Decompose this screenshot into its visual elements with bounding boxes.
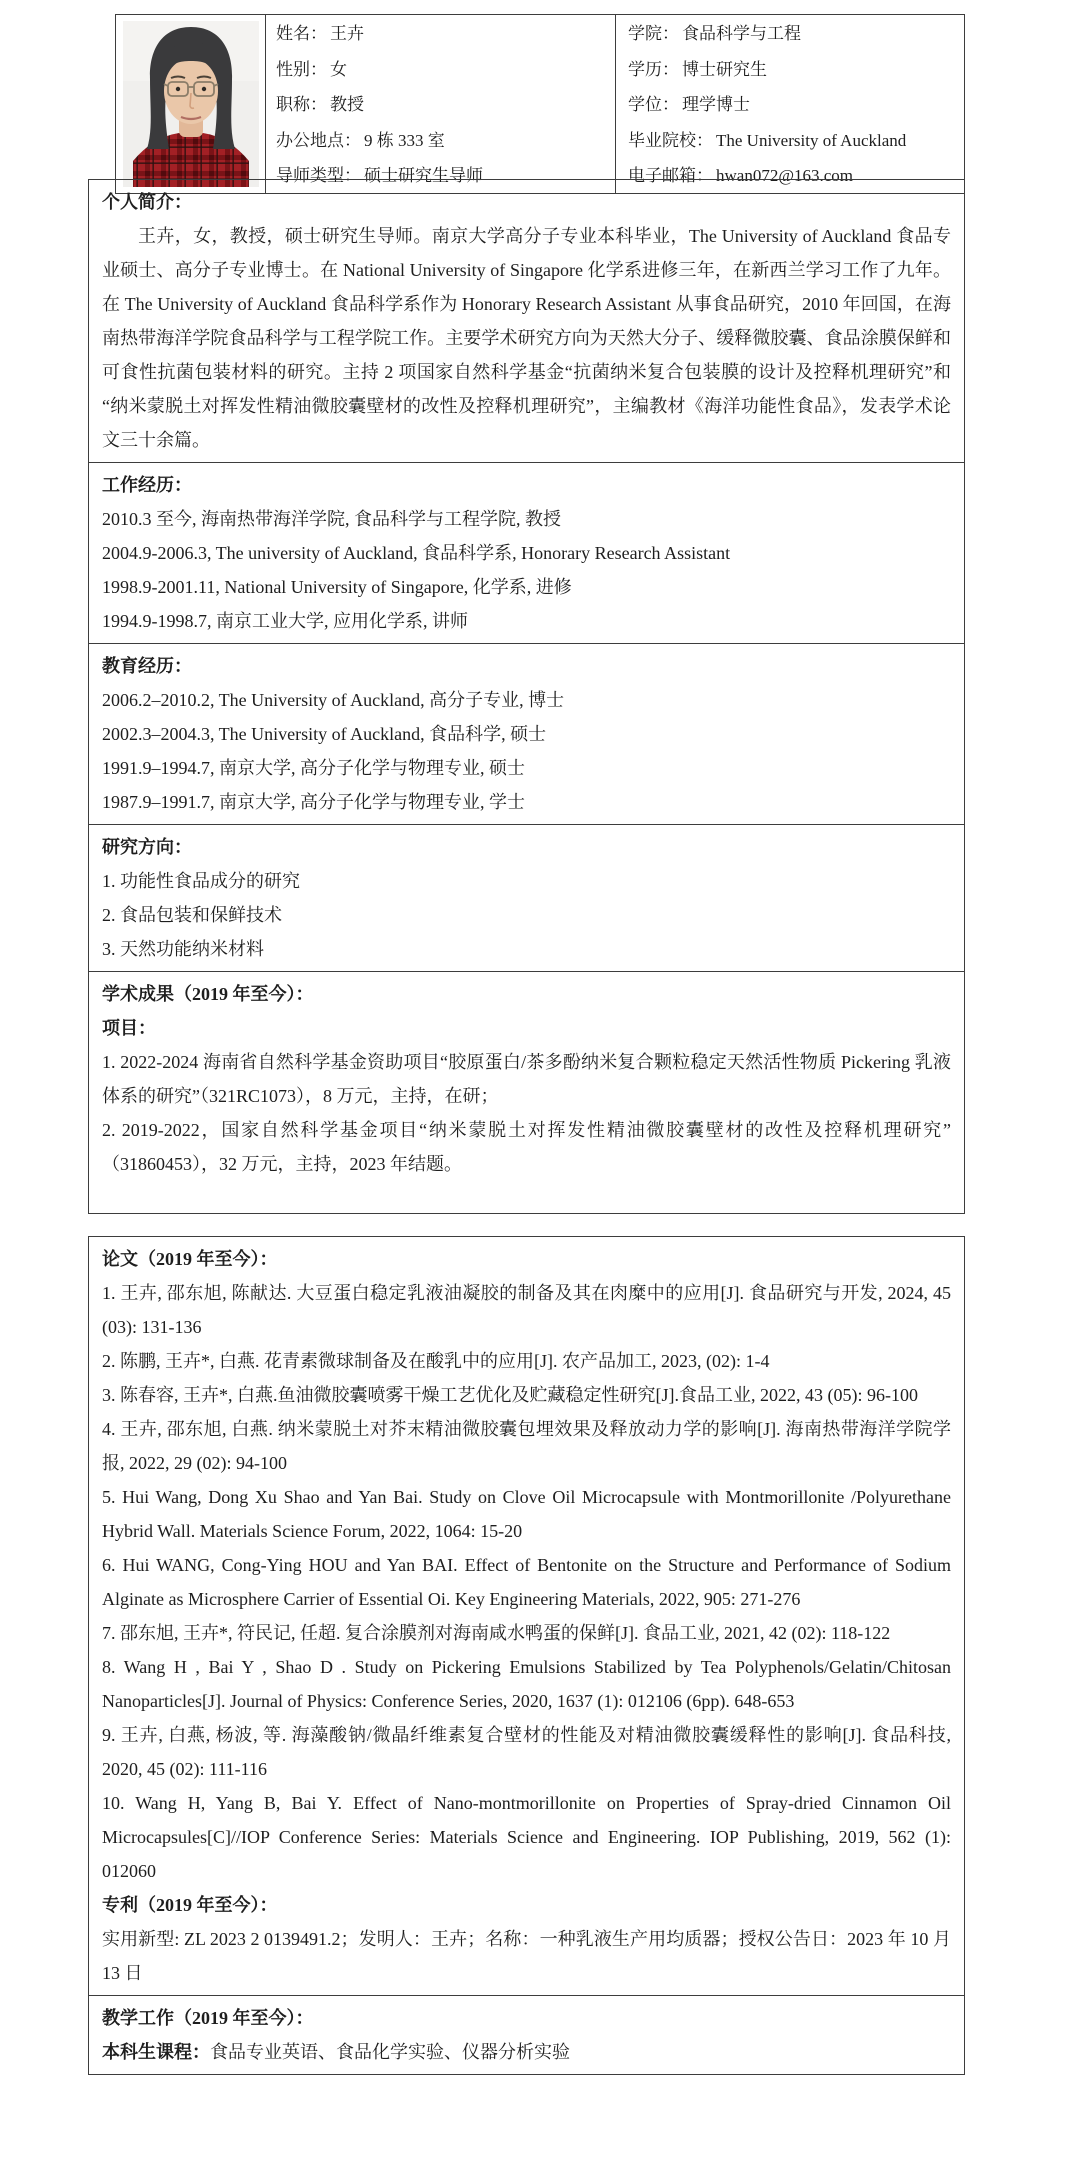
paper-item: 3. 陈春容, 王卉*, 白燕.鱼油微胶囊喷雾干燥工艺优化及贮藏稳定性研究[J]… <box>102 1378 951 1412</box>
teaching-course-line: 本科生课程：食品专业英语、食品化学实验、仪器分析实验 <box>102 2035 951 2069</box>
achievements-heading: 学术成果（2019 年至今）： <box>102 977 951 1011</box>
work-heading: 工作经历： <box>102 468 951 502</box>
course-label: 本科生课程： <box>102 2042 210 2062</box>
field-education-level-value: 博士研究生 <box>682 60 767 79</box>
field-gender-value: 女 <box>330 60 347 79</box>
section-research-directions: 研究方向： 1. 功能性食品成分的研究 2. 食品包装和保鲜技术 3. 天然功能… <box>89 824 964 971</box>
field-name-label: 姓名： <box>276 24 327 43</box>
field-alma-mater-value: The University of Auckland <box>716 131 906 150</box>
paper-item: 6. Hui WANG, Cong-Ying HOU and Yan BAI. … <box>102 1548 951 1616</box>
education-item: 1987.9–1991.7, 南京大学, 高分子化学与物理专业, 学士 <box>102 785 951 819</box>
page-break-gap <box>0 1214 1080 1236</box>
field-title-label: 职称： <box>276 95 327 114</box>
paper-item: 7. 邵东旭, 王卉*, 符民记, 任超. 复合涂膜剂对海南咸水鸭蛋的保鲜[J]… <box>102 1616 951 1650</box>
section-achievements: 学术成果（2019 年至今）： 项目： 1. 2022-2024 海南省自然科学… <box>89 971 964 1213</box>
work-item: 1998.9-2001.11, National University of S… <box>102 570 951 604</box>
education-item: 2006.2–2010.2, The University of Aucklan… <box>102 683 951 717</box>
field-title-value: 教授 <box>330 95 364 114</box>
research-item: 1. 功能性食品成分的研究 <box>102 864 951 898</box>
section-teaching: 教学工作（2019 年至今）： 本科生课程：食品专业英语、食品化学实验、仪器分析… <box>89 1995 964 2074</box>
research-heading: 研究方向： <box>102 830 951 864</box>
main-section-table: 个人简介： 王卉，女，教授，硕士研究生导师。南京大学高分子专业本科毕业，The … <box>88 179 965 1214</box>
project-item: 2. 2019-2022，国家自然科学基金项目“纳米蒙脱土对挥发性精油微胶囊壁材… <box>102 1113 951 1181</box>
paper-item: 8. Wang H , Bai Y , Shao D . Study on Pi… <box>102 1650 951 1718</box>
paper-item: 2. 陈鹏, 王卉*, 白燕. 花青素微球制备及在酸乳中的应用[J]. 农产品加… <box>102 1344 951 1378</box>
info-middle-column: 姓名：王卉 性别：女 职称：教授 办公地点：9 栋 333 室 导师类型：硕士研… <box>266 15 616 193</box>
intro-heading: 个人简介： <box>102 185 951 219</box>
field-office: 办公地点：9 栋 333 室 <box>276 123 615 159</box>
field-office-label: 办公地点： <box>276 131 361 150</box>
info-table: 姓名：王卉 性别：女 职称：教授 办公地点：9 栋 333 室 导师类型：硕士研… <box>115 14 965 194</box>
field-degree-value: 理学博士 <box>682 95 750 114</box>
paper-item: 10. Wang H, Yang B, Bai Y. Effect of Nan… <box>102 1786 951 1888</box>
field-name: 姓名：王卉 <box>276 16 615 52</box>
field-name-value: 王卉 <box>330 24 364 43</box>
field-degree-label: 学位： <box>628 95 679 114</box>
work-item: 1994.9-1998.7, 南京工业大学, 应用化学系, 讲师 <box>102 604 951 638</box>
work-item: 2004.9-2006.3, The university of Aucklan… <box>102 536 951 570</box>
section-papers-patents: 论文（2019 年至今）： 1. 王卉, 邵东旭, 陈献达. 大豆蛋白稳定乳液油… <box>89 1237 964 1995</box>
course-value: 食品专业英语、食品化学实验、仪器分析实验 <box>210 2042 570 2062</box>
paper-item: 5. Hui Wang, Dong Xu Shao and Yan Bai. S… <box>102 1480 951 1548</box>
field-education-level-label: 学历： <box>628 60 679 79</box>
field-education-level: 学历：博士研究生 <box>628 52 964 88</box>
paper-item: 1. 王卉, 邵东旭, 陈献达. 大豆蛋白稳定乳液油凝胶的制备及其在肉糜中的应用… <box>102 1276 951 1344</box>
faculty-profile-page: 姓名：王卉 性别：女 职称：教授 办公地点：9 栋 333 室 导师类型：硕士研… <box>0 0 1080 2165</box>
projects-subheading: 项目： <box>102 1011 951 1045</box>
research-item: 2. 食品包装和保鲜技术 <box>102 898 951 932</box>
field-degree: 学位：理学博士 <box>628 87 964 123</box>
education-heading: 教育经历： <box>102 649 951 683</box>
papers-heading: 论文（2019 年至今）： <box>102 1242 951 1276</box>
paper-item: 9. 王卉, 白燕, 杨波, 等. 海藻酸钠/微晶纤维素复合壁材的性能及对精油微… <box>102 1718 951 1786</box>
field-college-value: 食品科学与工程 <box>682 24 801 43</box>
section-work-experience: 工作经历： 2010.3 至今, 海南热带海洋学院, 食品科学与工程学院, 教授… <box>89 462 964 643</box>
education-item: 1991.9–1994.7, 南京大学, 高分子化学与物理专业, 硕士 <box>102 751 951 785</box>
field-gender: 性别：女 <box>276 52 615 88</box>
patents-heading: 专利（2019 年至今）： <box>102 1888 951 1922</box>
photo-cell <box>116 15 266 193</box>
publications-table: 论文（2019 年至今）： 1. 王卉, 邵东旭, 陈献达. 大豆蛋白稳定乳液油… <box>88 1236 965 2075</box>
education-item: 2002.3–2004.3, The University of Aucklan… <box>102 717 951 751</box>
field-college-label: 学院： <box>628 24 679 43</box>
info-right-column: 学院：食品科学与工程 学历：博士研究生 学位：理学博士 毕业院校：The Uni… <box>616 15 964 193</box>
field-college: 学院：食品科学与工程 <box>628 16 964 52</box>
paper-item: 4. 王卉, 邵东旭, 白燕. 纳米蒙脱土对芥末精油微胶囊包埋效果及释放动力学的… <box>102 1412 951 1480</box>
section-personal-intro: 个人简介： 王卉，女，教授，硕士研究生导师。南京大学高分子专业本科毕业，The … <box>89 180 964 462</box>
intro-paragraph: 王卉，女，教授，硕士研究生导师。南京大学高分子专业本科毕业，The Univer… <box>102 219 951 457</box>
work-item: 2010.3 至今, 海南热带海洋学院, 食品科学与工程学院, 教授 <box>102 502 951 536</box>
field-alma-mater-label: 毕业院校： <box>628 131 713 150</box>
field-gender-label: 性别： <box>276 60 327 79</box>
field-title: 职称：教授 <box>276 87 615 123</box>
teaching-heading: 教学工作（2019 年至今）： <box>102 2001 951 2035</box>
portrait-photo <box>123 21 259 187</box>
field-alma-mater: 毕业院校：The University of Auckland <box>628 123 964 159</box>
project-item: 1. 2022-2024 海南省自然科学基金资助项目“胶原蛋白/茶多酚纳米复合颗… <box>102 1045 951 1113</box>
research-item: 3. 天然功能纳米材料 <box>102 932 951 966</box>
patent-item: 实用新型: ZL 2023 2 0139491.2；发明人：王卉；名称：一种乳液… <box>102 1922 951 1990</box>
field-office-value: 9 栋 333 室 <box>364 131 445 150</box>
section-education: 教育经历： 2006.2–2010.2, The University of A… <box>89 643 964 824</box>
